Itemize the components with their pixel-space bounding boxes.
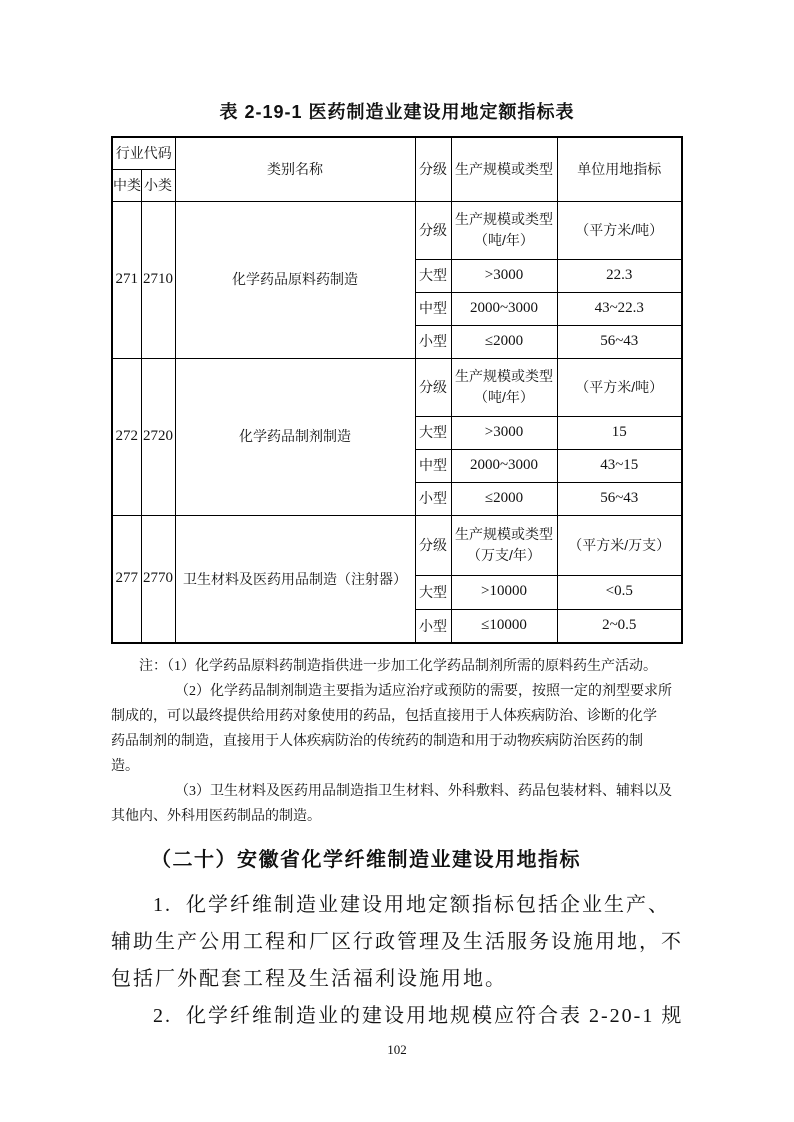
table-notes: 注：（1）化学药品原料药制造指供进一步加工化学药品制剂所需的原料药生产活动。 （… — [111, 654, 683, 829]
scale-subheader-line2: （吨/年） — [452, 230, 557, 251]
unit-subheader-cell: （平方米/吨） — [557, 201, 682, 259]
grade-subheader-cell: 分级 — [415, 201, 451, 259]
note-line: 药品制剂的制造，直接用于人体疾病防治的传统药的制造和用于动物疾病防治医药的制 — [111, 729, 683, 754]
scale-subheader-line1: 生产规模或类型 — [452, 366, 557, 387]
header-industry-code: 行业代码 — [112, 137, 175, 169]
scale-cell: 2000~3000 — [451, 292, 557, 325]
note-line: 制成的，可以最终提供给用药对象使用的药品，包括直接用于人体疾病防治、诊断的化学 — [111, 704, 683, 729]
scale-subheader-line1: 生产规模或类型 — [452, 524, 557, 545]
mid-code-cell: 277 — [112, 515, 141, 643]
table-header-row-1: 行业代码 类别名称 分级 生产规模或类型 单位用地指标 — [112, 137, 682, 169]
scale-subheader-line2: （万支/年） — [452, 545, 557, 566]
section-heading: （二十）安徽省化学纤维制造业建设用地指标 — [111, 845, 683, 875]
sub-code-cell: 2720 — [141, 358, 175, 515]
value-cell: 22.3 — [557, 259, 682, 292]
note-line: （3）卫生材料及医药用品制造指卫生材料、外科敷料、药品包装材料、辅料以及 — [111, 779, 683, 804]
header-sub-class: 小类 — [141, 169, 175, 201]
value-cell: 43~15 — [557, 449, 682, 482]
paragraph-line: 2. 化学纤维制造业的建设用地规模应符合表 2-20-1 规 — [111, 998, 683, 1035]
grade-cell: 中型 — [415, 292, 451, 325]
scale-cell: >10000 — [451, 575, 557, 609]
paragraph-line: 1. 化学纤维制造业建设用地定额指标包括企业生产、 — [111, 887, 683, 924]
grade-cell: 小型 — [415, 609, 451, 643]
mid-code-cell: 271 — [112, 201, 141, 358]
grade-subheader-cell: 分级 — [415, 515, 451, 575]
scale-cell: >3000 — [451, 416, 557, 449]
document-page: 表 2-19-1 医药制造业建设用地定额指标表 行业代码 类别名称 分级 生产规… — [0, 0, 794, 1122]
sub-code-cell: 2710 — [141, 201, 175, 358]
scale-cell: ≤2000 — [451, 325, 557, 358]
sub-code-cell: 2770 — [141, 515, 175, 643]
header-production-scale: 生产规模或类型 — [451, 137, 557, 201]
paragraph-line: 辅助生产公用工程和厂区行政管理及生活服务设施用地，不 — [111, 924, 683, 961]
value-cell: 56~43 — [557, 325, 682, 358]
header-category-name: 类别名称 — [175, 137, 415, 201]
scale-cell: >3000 — [451, 259, 557, 292]
page-number: 102 — [0, 1042, 794, 1058]
scale-subheader-cell: 生产规模或类型 （吨/年） — [451, 201, 557, 259]
note-line: 其他内、外科用医药制品的制造。 — [111, 804, 683, 829]
scale-cell: ≤10000 — [451, 609, 557, 643]
value-cell: 43~22.3 — [557, 292, 682, 325]
land-quota-table: 行业代码 类别名称 分级 生产规模或类型 单位用地指标 中类 小类 271 27… — [111, 136, 683, 644]
body-paragraphs: 1. 化学纤维制造业建设用地定额指标包括企业生产、 辅助生产公用工程和厂区行政管… — [111, 887, 683, 1035]
scale-subheader-line1: 生产规模或类型 — [452, 209, 557, 230]
note-line: 注：（1）化学药品原料药制造指供进一步加工化学药品制剂所需的原料药生产活动。 — [111, 654, 683, 679]
grade-subheader-cell: 分级 — [415, 358, 451, 416]
paragraph-line: 包括厂外配套工程及生活福利设施用地。 — [111, 961, 683, 998]
grade-cell: 中型 — [415, 449, 451, 482]
scale-cell: ≤2000 — [451, 482, 557, 515]
mid-code-cell: 272 — [112, 358, 141, 515]
grade-cell: 小型 — [415, 325, 451, 358]
value-cell: 2~0.5 — [557, 609, 682, 643]
unit-subheader-cell: （平方米/万支） — [557, 515, 682, 575]
category-cell: 化学药品原料药制造 — [175, 201, 415, 358]
section-277-subheader-row: 277 2770 卫生材料及医药用品制造（注射器） 分级 生产规模或类型 （万支… — [112, 515, 682, 575]
header-grade: 分级 — [415, 137, 451, 201]
table-title: 表 2-19-1 医药制造业建设用地定额指标表 — [0, 100, 794, 125]
scale-subheader-cell: 生产规模或类型 （吨/年） — [451, 358, 557, 416]
grade-cell: 大型 — [415, 575, 451, 609]
note-line: 造。 — [111, 754, 683, 779]
category-cell: 化学药品制剂制造 — [175, 358, 415, 515]
scale-cell: 2000~3000 — [451, 449, 557, 482]
note-line: （2）化学药品制剂制造主要指为适应治疗或预防的需要，按照一定的剂型要求所 — [111, 679, 683, 704]
unit-subheader-cell: （平方米/吨） — [557, 358, 682, 416]
grade-cell: 大型 — [415, 259, 451, 292]
grade-cell: 小型 — [415, 482, 451, 515]
header-unit-indicator: 单位用地指标 — [557, 137, 682, 201]
section-271-subheader-row: 271 2710 化学药品原料药制造 分级 生产规模或类型 （吨/年） （平方米… — [112, 201, 682, 259]
value-cell: <0.5 — [557, 575, 682, 609]
value-cell: 56~43 — [557, 482, 682, 515]
value-cell: 15 — [557, 416, 682, 449]
header-mid-class: 中类 — [112, 169, 141, 201]
grade-cell: 大型 — [415, 416, 451, 449]
scale-subheader-line2: （吨/年） — [452, 387, 557, 408]
section-272-subheader-row: 272 2720 化学药品制剂制造 分级 生产规模或类型 （吨/年） （平方米/… — [112, 358, 682, 416]
category-cell: 卫生材料及医药用品制造（注射器） — [175, 515, 415, 643]
scale-subheader-cell: 生产规模或类型 （万支/年） — [451, 515, 557, 575]
